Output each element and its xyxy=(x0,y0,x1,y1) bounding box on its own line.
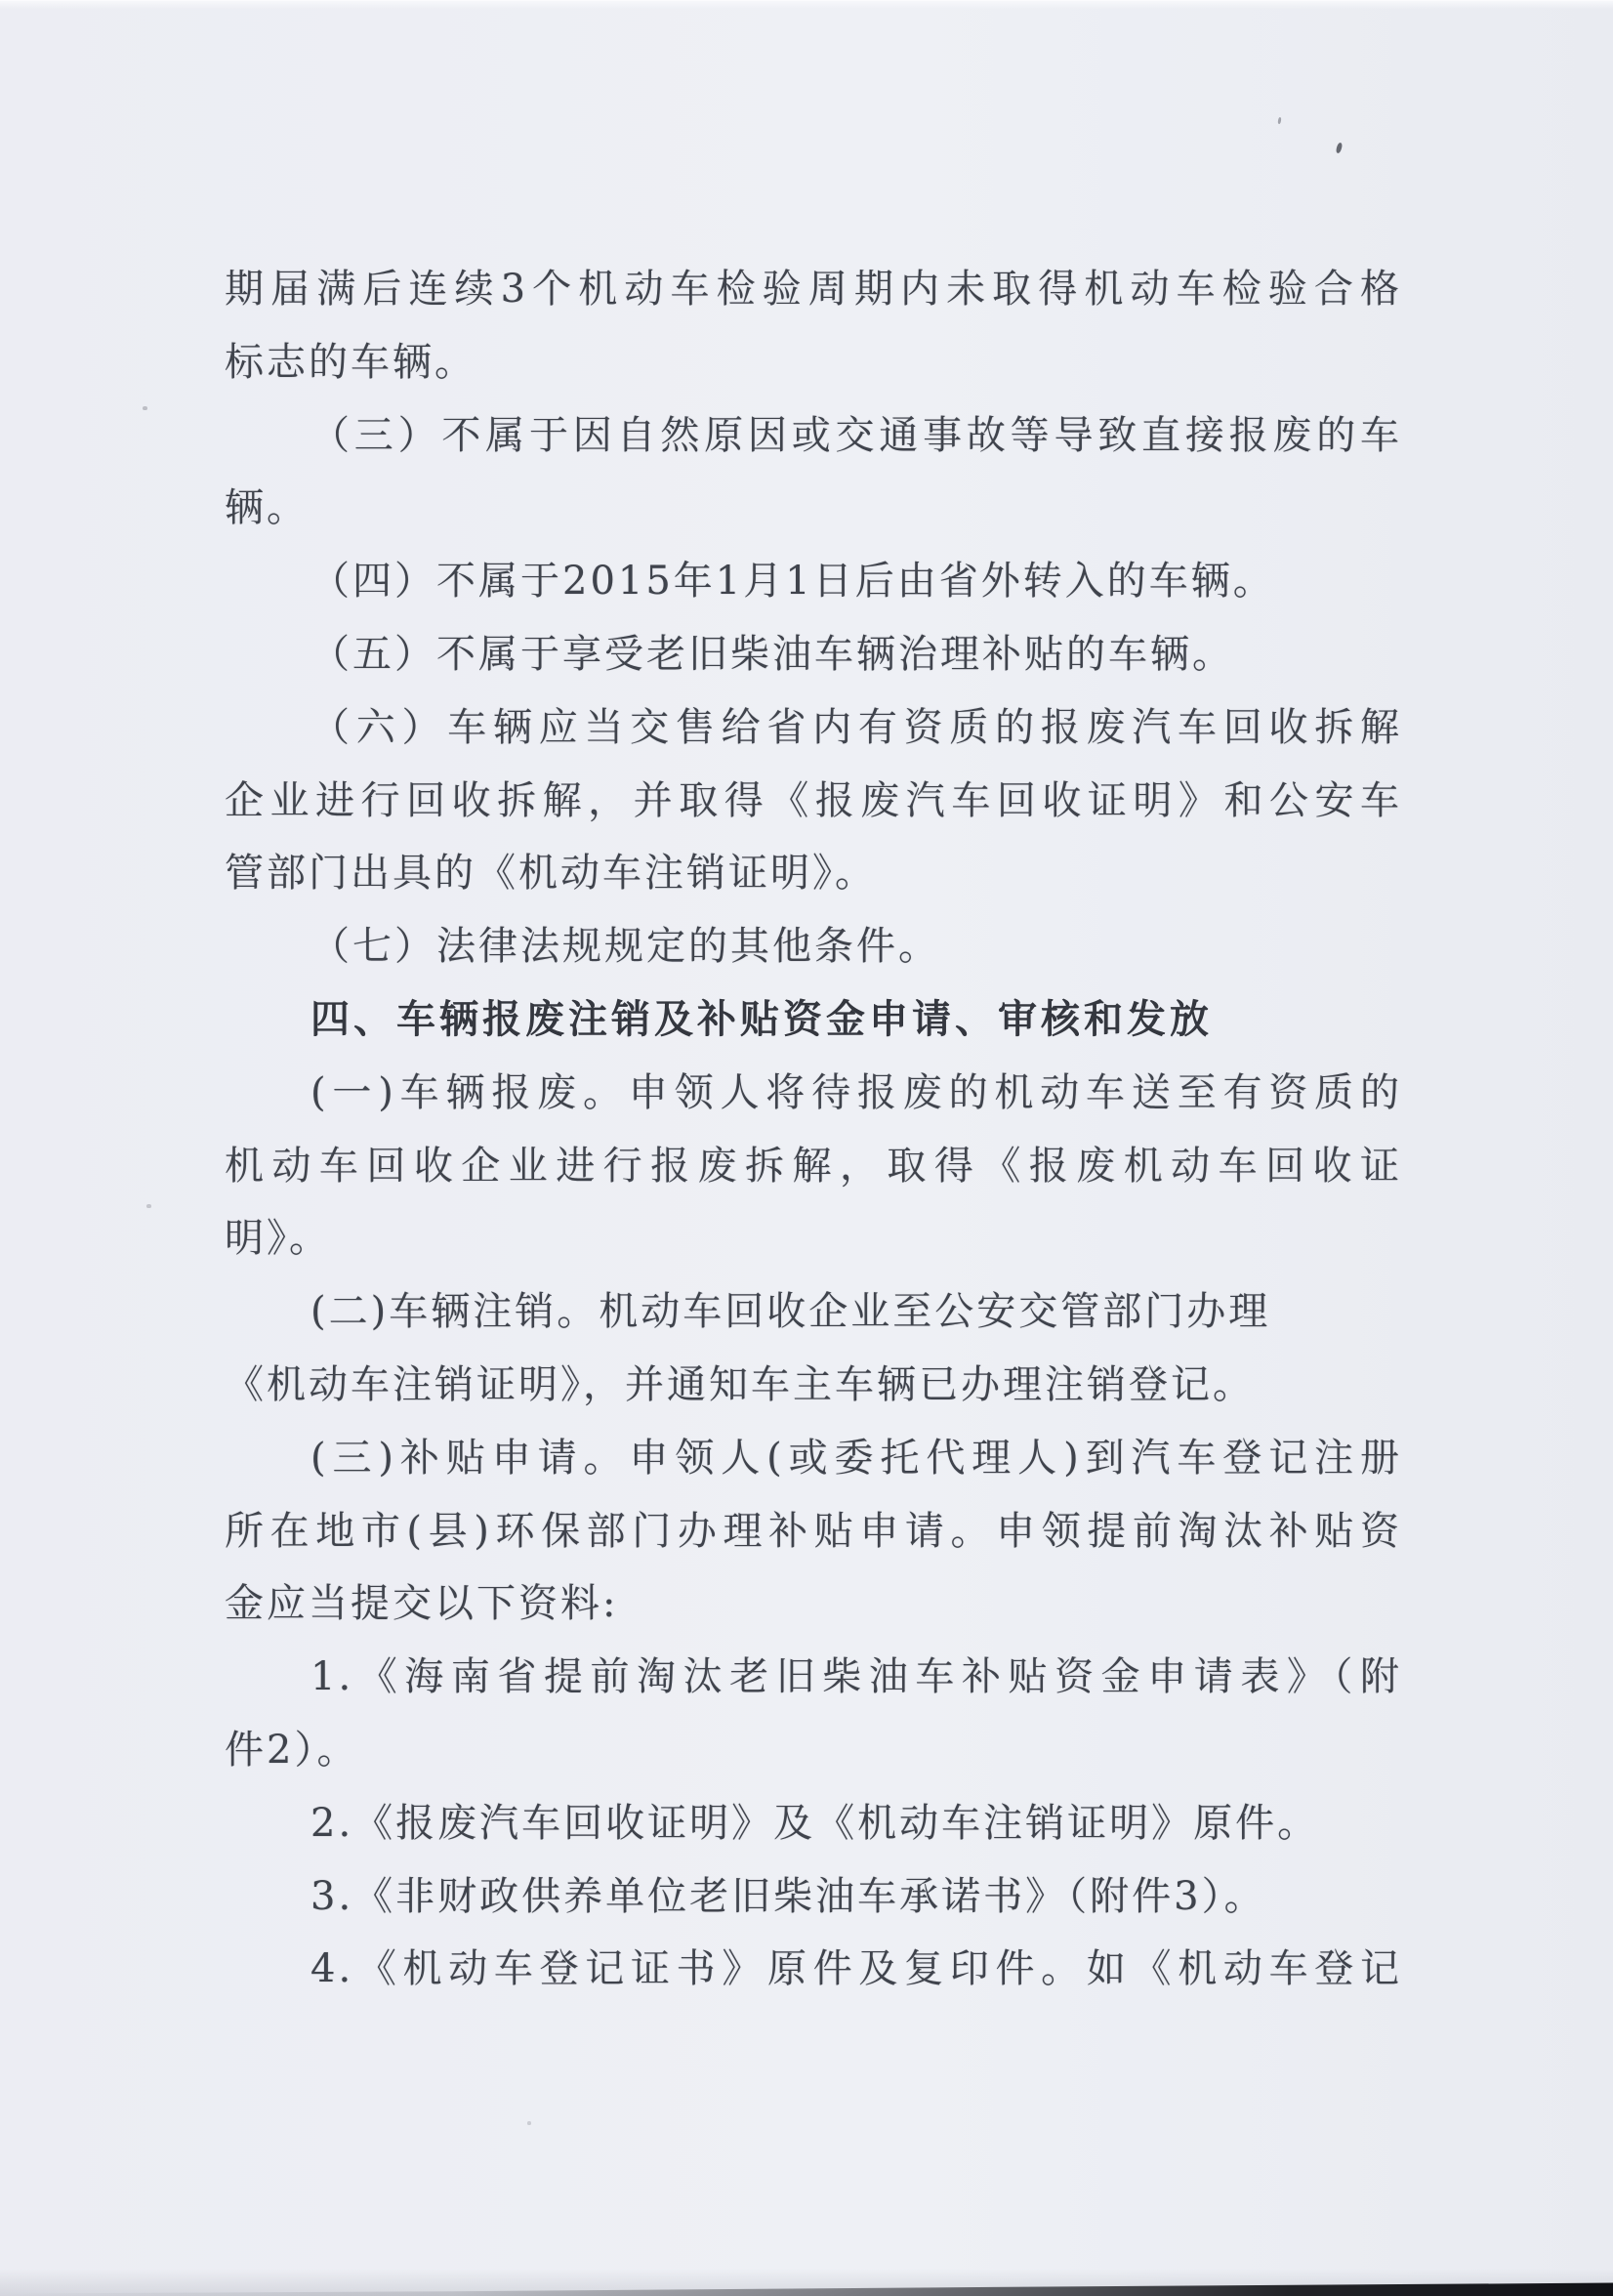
text-line: 1.《海南省提前淘汰老旧柴油车补贴资金申请表》（附 xyxy=(225,1641,1402,1714)
scan-speck xyxy=(143,406,147,410)
text-line: 所在地市(县)环保部门办理补贴申请。申领提前淘汰补贴资 xyxy=(225,1495,1402,1568)
text-line: 标志的车辆。 xyxy=(225,326,1402,399)
text-line: (二)车辆注销。机动车回收企业至公安交管部门办理 xyxy=(225,1275,1402,1349)
text-line: 明》。 xyxy=(225,1202,1402,1275)
text-line: 件2）。 xyxy=(225,1714,1402,1787)
text-line: （五）不属于享受老旧柴油车辆治理补贴的车辆。 xyxy=(225,618,1402,691)
text-line: 《机动车注销证明》，并通知车主车辆已办理注销登记。 xyxy=(225,1349,1402,1422)
scan-speck xyxy=(1336,143,1344,154)
text-line: （四）不属于2015年1月1日后由省外转入的车辆。 xyxy=(225,545,1402,618)
scan-speck xyxy=(146,1204,151,1208)
text-line: (三)补贴申请。申领人(或委托代理人)到汽车登记注册 xyxy=(225,1422,1402,1495)
text-line: 企业进行回收拆解，并取得《报废汽车回收证明》和公安车 xyxy=(225,765,1402,838)
scan-speck xyxy=(527,2121,531,2125)
text-line: (一)车辆报废。申领人将待报废的机动车送至有资质的 xyxy=(225,1057,1402,1130)
text-line: （六）车辆应当交售给省内有资质的报废汽车回收拆解 xyxy=(225,691,1402,765)
scanned-page: 期届满后连续3个机动车检验周期内未取得机动车检验合格标志的车辆。（三）不属于因自… xyxy=(0,0,1613,2296)
text-line: 2.《报废汽车回收证明》及《机动车注销证明》原件。 xyxy=(225,1787,1402,1860)
text-line: 4.《机动车登记证书》原件及复印件。如《机动车登记 xyxy=(225,1933,1402,2006)
text-line: 管部门出具的《机动车注销证明》。 xyxy=(225,837,1402,910)
document-body: 期届满后连续3个机动车检验周期内未取得机动车检验合格标志的车辆。（三）不属于因自… xyxy=(225,253,1402,2006)
text-line: 金应当提交以下资料: xyxy=(225,1567,1402,1641)
text-line: 辆。 xyxy=(225,472,1402,545)
text-line: 期届满后连续3个机动车检验周期内未取得机动车检验合格 xyxy=(225,253,1402,326)
text-line: （七）法律法规规定的其他条件。 xyxy=(225,910,1402,983)
text-line: 3.《非财政供养单位老旧柴油车承诺书》（附件3）。 xyxy=(225,1860,1402,1934)
scan-top-edge xyxy=(0,0,1613,9)
scan-speck xyxy=(1277,117,1281,124)
text-line: 四、车辆报废注销及补贴资金申请、审核和发放 xyxy=(225,983,1402,1057)
text-line: （三）不属于因自然原因或交通事故等导致直接报废的车 xyxy=(225,399,1402,473)
text-line: 机动车回收企业进行报废拆解，取得《报废机动车回收证 xyxy=(225,1130,1402,1203)
